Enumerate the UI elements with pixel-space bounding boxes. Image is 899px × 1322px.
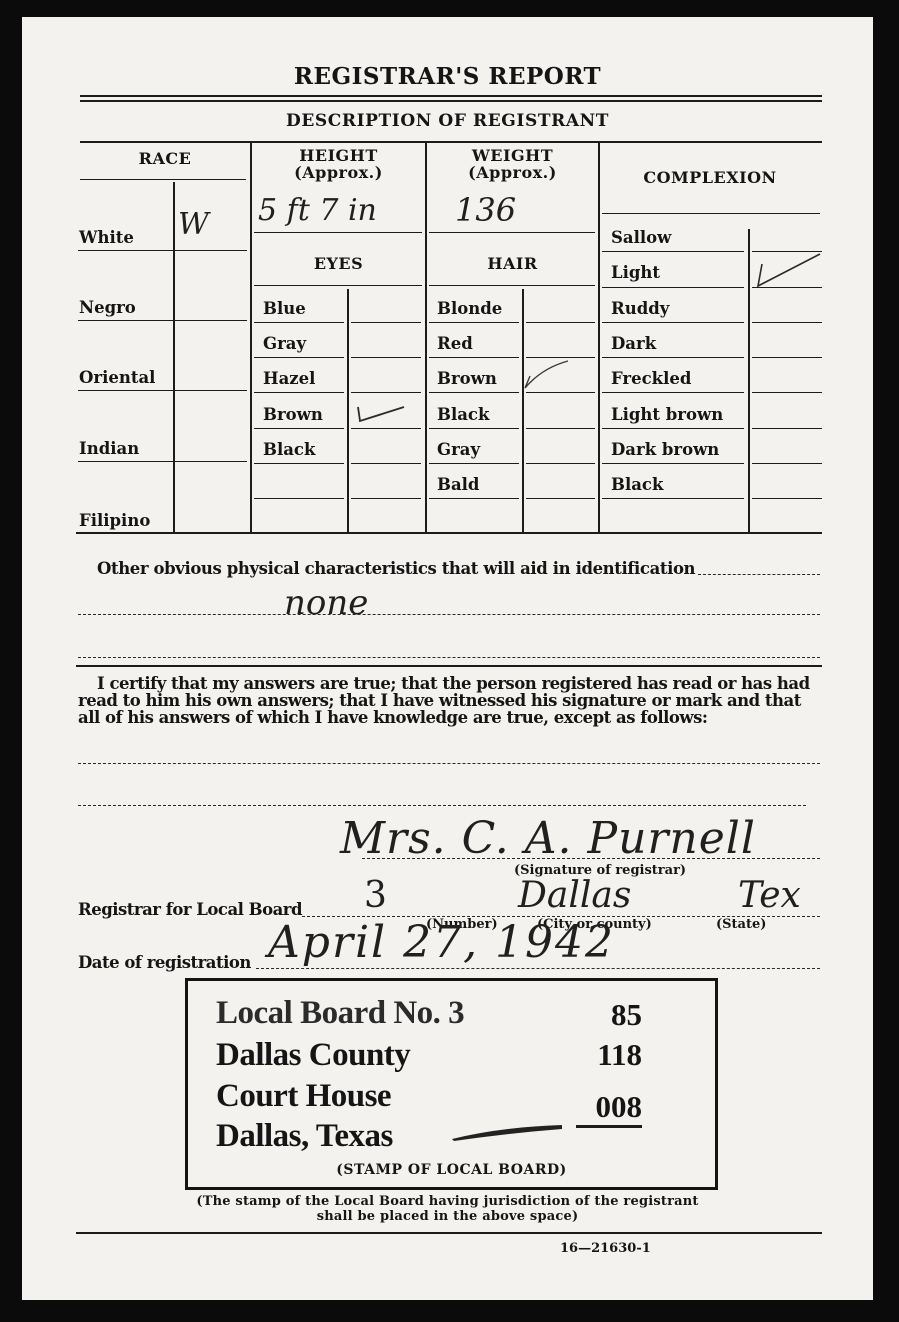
complexion-option-dark: Dark <box>611 334 656 353</box>
form-page: REGISTRAR'S REPORT DESCRIPTION OF REGIST… <box>22 17 873 1300</box>
caption-state: (State) <box>716 917 766 932</box>
date-label: Date of registration <box>78 953 251 972</box>
height-value-rule <box>254 232 422 233</box>
complexion-check-field[interactable] <box>752 322 822 323</box>
complexion-header: COMPLEXION <box>600 169 820 186</box>
race-option-negro: Negro <box>79 298 136 317</box>
height-subheader: (Approx.) <box>252 164 425 181</box>
section-title: DESCRIPTION OF REGISTRANT <box>22 111 873 131</box>
other-characteristics-value[interactable]: none <box>284 583 368 623</box>
other-characteristics-label: Other obvious physical characteristics t… <box>97 559 695 578</box>
stamp-line-4: Dallas, Texas <box>216 1118 393 1155</box>
complexion-option-sallow: Sallow <box>611 228 671 247</box>
footnote-line-2: shall be placed in the above space) <box>22 1209 873 1224</box>
complexion-check-field[interactable] <box>752 463 822 464</box>
eyes-row-rule <box>254 428 344 429</box>
hair-option-bald: Bald <box>437 475 479 494</box>
stamp-line-1: Local Board No. 3 <box>216 995 464 1032</box>
table-bottom-rule <box>76 532 822 534</box>
title-rule-top <box>80 95 822 97</box>
complexion-row-rule <box>602 392 744 393</box>
divider-weight-complexion <box>598 142 600 532</box>
eyes-option-hazel: Hazel <box>263 369 315 388</box>
complexion-row-rule <box>602 463 744 464</box>
stamp-number-underline <box>576 1125 642 1128</box>
complexion-header-rule <box>602 213 820 214</box>
exceptions-line-1 <box>78 763 820 764</box>
exceptions-line-2 <box>78 805 806 806</box>
divider-race-entry <box>173 182 175 532</box>
eyes-row-rule <box>254 357 344 358</box>
complexion-option-light-brown: Light brown <box>611 405 723 424</box>
eyes-option-blue: Blue <box>263 299 306 318</box>
stamp-line-3: Court House <box>216 1078 391 1115</box>
hair-header: HAIR <box>427 255 598 272</box>
stamp-ink-smudge <box>450 1121 570 1143</box>
eyes-check-field[interactable] <box>351 392 421 393</box>
certify-line-3: all of his answers of which I have knowl… <box>78 708 708 727</box>
weight-header: WEIGHT <box>427 147 598 164</box>
local-board-state[interactable]: Tex <box>738 875 801 916</box>
local-board-stamp: Local Board No. 3 Dallas County Court Ho… <box>185 978 718 1190</box>
hair-brown-checkmark-icon <box>522 358 572 390</box>
complexion-row-rule <box>602 251 744 252</box>
complexion-check-field[interactable] <box>752 392 822 393</box>
race-option-white: White <box>79 228 134 247</box>
title-rule-bottom <box>80 100 822 102</box>
complexion-row-rule <box>602 322 744 323</box>
race-header: RACE <box>80 150 250 167</box>
race-white-entry[interactable]: W <box>178 207 209 242</box>
hair-option-gray: Gray <box>437 440 480 459</box>
other-bottom-rule <box>76 665 822 667</box>
weight-subheader: (Approx.) <box>427 164 598 181</box>
eyes-check-field[interactable] <box>351 322 421 323</box>
eyes-header-rule <box>254 285 422 286</box>
eyes-option-brown: Brown <box>263 405 323 424</box>
complexion-option-black: Black <box>611 475 663 494</box>
divider-race-height <box>250 142 252 532</box>
eyes-check-field[interactable] <box>351 357 421 358</box>
hair-row-rule <box>429 428 519 429</box>
eyes-brown-checkmark-icon <box>354 403 409 425</box>
local-board-number[interactable]: 3 <box>364 875 387 916</box>
weight-value[interactable]: 136 <box>455 191 516 229</box>
hair-check-field[interactable] <box>526 428 595 429</box>
eyes-row-rule <box>254 463 344 464</box>
divider-height-weight <box>425 142 427 532</box>
hair-check-field[interactable] <box>526 392 595 393</box>
height-header: HEIGHT <box>252 147 425 164</box>
hair-row-rule <box>429 392 519 393</box>
divider-eyes-entry <box>347 289 349 532</box>
complexion-row-rule <box>602 357 744 358</box>
footnote-line-1: (The stamp of the Local Board having jur… <box>22 1194 873 1209</box>
complexion-check-field[interactable] <box>752 428 822 429</box>
complexion-check-field[interactable] <box>752 357 822 358</box>
stamp-line-2: Dallas County <box>216 1037 410 1074</box>
eyes-header: EYES <box>252 255 425 272</box>
page-title: REGISTRAR'S REPORT <box>22 63 873 90</box>
race-option-oriental: Oriental <box>79 368 155 387</box>
complexion-option-ruddy: Ruddy <box>611 299 669 318</box>
eyes-row-rule <box>254 392 344 393</box>
complexion-option-freckled: Freckled <box>611 369 691 388</box>
stamp-number-3: 008 <box>552 1089 642 1125</box>
weight-value-rule <box>429 232 595 233</box>
eyes-row-rule <box>254 498 344 499</box>
stamp-number-2: 118 <box>552 1037 642 1073</box>
hair-option-red: Red <box>437 334 473 353</box>
complexion-row-rule <box>602 498 744 499</box>
hair-option-black: Black <box>437 405 489 424</box>
table-top-rule <box>80 141 822 143</box>
eyes-option-black: Black <box>263 440 315 459</box>
divider-hair-entry <box>522 289 524 532</box>
hair-check-field[interactable] <box>526 498 595 499</box>
stamp-caption: (STAMP OF LOCAL BOARD) <box>188 1162 715 1178</box>
eyes-option-gray: Gray <box>263 334 306 353</box>
hair-check-field[interactable] <box>526 322 595 323</box>
form-number: 16—21630-1 <box>560 1241 651 1256</box>
hair-row-rule <box>429 357 519 358</box>
race-entry-field-oriental[interactable] <box>177 390 247 391</box>
other-label-dashes <box>698 574 820 575</box>
hair-row-rule <box>429 463 519 464</box>
complexion-row-rule <box>602 428 744 429</box>
stamp-number-1: 85 <box>552 997 642 1033</box>
eyes-row-rule <box>254 322 344 323</box>
local-board-city[interactable]: Dallas <box>518 875 631 916</box>
complexion-option-dark-brown: Dark brown <box>611 440 719 459</box>
race-option-indian: Indian <box>79 439 139 458</box>
hair-check-field[interactable] <box>526 463 595 464</box>
hair-row-rule <box>429 498 519 499</box>
footer-rule <box>76 1232 822 1234</box>
hair-option-brown: Brown <box>437 369 497 388</box>
complexion-option-light: Light <box>611 263 660 282</box>
other-line-2 <box>78 657 820 658</box>
hair-row-rule <box>429 322 519 323</box>
other-line-1 <box>78 614 820 615</box>
hair-header-rule <box>429 285 595 286</box>
race-entry-field-indian[interactable] <box>177 461 247 462</box>
height-value[interactable]: 5 ft 7 in <box>258 193 377 228</box>
race-option-filipino: Filipino <box>79 511 150 530</box>
signature-line <box>362 858 820 859</box>
hair-option-blonde: Blonde <box>437 299 502 318</box>
divider-complexion-entry <box>748 229 750 532</box>
complexion-row-rule <box>602 287 744 288</box>
complexion-check-field[interactable] <box>752 498 822 499</box>
race-header-rule <box>80 179 246 180</box>
eyes-check-field[interactable] <box>351 463 421 464</box>
registrar-signature[interactable]: Mrs. C. A. Purnell <box>340 813 756 864</box>
eyes-check-field[interactable] <box>351 498 421 499</box>
race-entry-field-white[interactable] <box>177 250 247 251</box>
complexion-light-checkmark-icon <box>754 250 826 290</box>
race-entry-field-negro[interactable] <box>177 320 247 321</box>
date-line <box>256 968 820 969</box>
eyes-check-field[interactable] <box>351 428 421 429</box>
date-value[interactable]: April 27, 1942 <box>268 917 615 968</box>
